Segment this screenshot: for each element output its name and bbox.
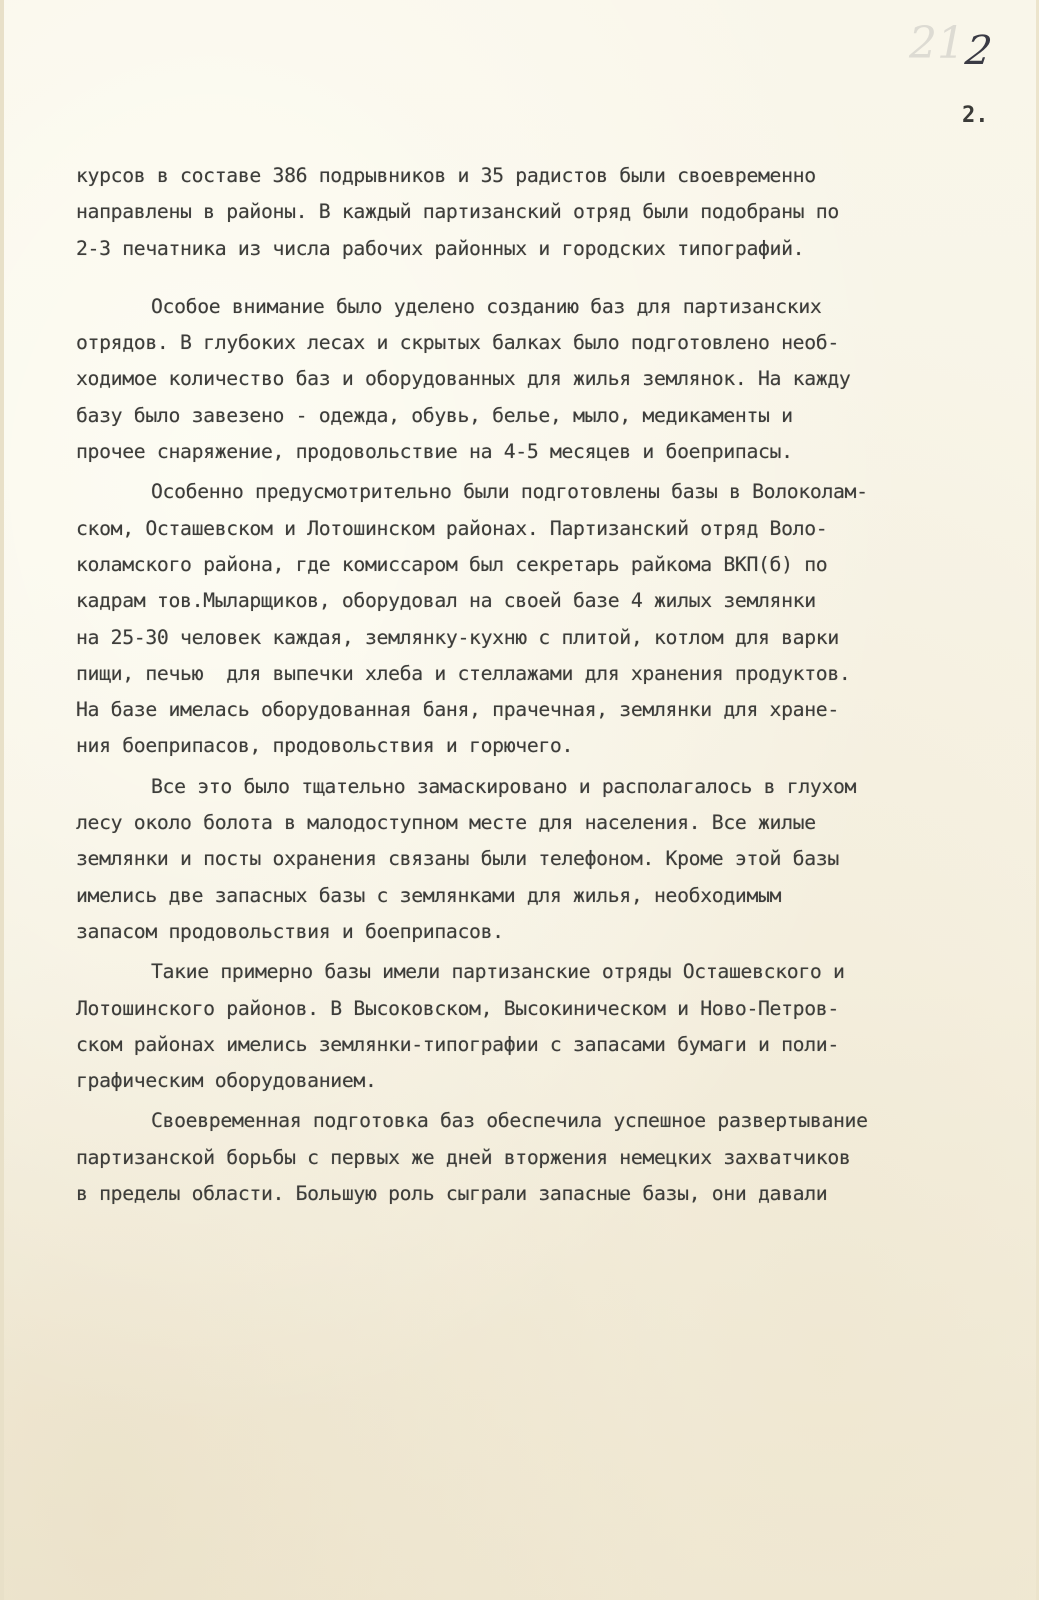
text-line: на 25-30 человек каждая, землянку-кухню … (76, 620, 1036, 656)
text-line: имелись две запасных базы с землянками д… (76, 878, 1036, 914)
document-page: 21 2 2. курсов в составе 386 подрывников… (0, 0, 1039, 1600)
paragraph: Особенно предусмотрительно были подготов… (76, 474, 1036, 764)
text-line: базу было завезено - одежда, обувь, бель… (76, 398, 1036, 434)
text-line: коламского района, где комиссаром был се… (76, 547, 1036, 583)
text-line: На базе имелась оборудованная баня, прач… (76, 692, 1036, 728)
text-line: отрядов. В глубоких лесах и скрытых балк… (76, 325, 1036, 361)
text-line: Особенно предусмотрительно были подготов… (76, 474, 1036, 510)
text-line: курсов в составе 386 подрывников и 35 ра… (76, 158, 1036, 194)
text-line: партизанской борьбы с первых же дней вто… (76, 1140, 1036, 1176)
text-line: 2-3 печатника из числа рабочих районных … (76, 231, 1036, 267)
text-line: графическим оборудованием. (76, 1063, 1036, 1099)
text-line: ском, Осташевском и Лотошинском районах.… (76, 511, 1036, 547)
text-line: кадрам тов.Мыларщиков, оборудовал на сво… (76, 583, 1036, 619)
paragraph: Особое внимание было уделено созданию ба… (76, 289, 1036, 470)
text-line: Своевременная подготовка баз обеспечила … (76, 1103, 1036, 1139)
text-line: запасом продовольствия и боеприпасов. (76, 914, 1036, 950)
paragraph: Такие примерно базы имели партизанские о… (76, 954, 1036, 1099)
text-line: прочее снаряжение, продовольствие на 4-5… (76, 434, 1036, 470)
text-line: ния боеприпасов, продовольствия и горюче… (76, 728, 1036, 764)
archive-mark: 21 (909, 18, 965, 69)
typed-page-number: 2. (962, 103, 989, 128)
text-line: землянки и посты охранения связаны были … (76, 841, 1036, 877)
text-line: ходимое количество баз и оборудованных д… (76, 361, 1036, 397)
text-line: Все это было тщательно замаскировано и р… (76, 769, 1036, 805)
paragraph: курсов в составе 386 подрывников и 35 ра… (76, 158, 1036, 267)
document-body: курсов в составе 386 подрывников и 35 ра… (76, 158, 1036, 1212)
text-line: направлены в районы. В каждый партизанск… (76, 194, 1036, 230)
text-line: лесу около болота в малодоступном месте … (76, 805, 1036, 841)
text-line: ском районах имелись землянки-типографии… (76, 1027, 1036, 1063)
text-line: пищи, печью для выпечки хлеба и стеллажа… (76, 656, 1036, 692)
text-line: Особое внимание было уделено созданию ба… (76, 289, 1036, 325)
paragraph: Все это было тщательно замаскировано и р… (76, 769, 1036, 950)
text-line: Такие примерно базы имели партизанские о… (76, 954, 1036, 990)
paragraph: Своевременная подготовка баз обеспечила … (76, 1103, 1036, 1212)
text-line: Лотошинского районов. В Высоковском, Выс… (76, 991, 1036, 1027)
text-line: в пределы области. Большую роль сыграли … (76, 1176, 1036, 1212)
handwritten-page-number: 2 (963, 28, 995, 74)
